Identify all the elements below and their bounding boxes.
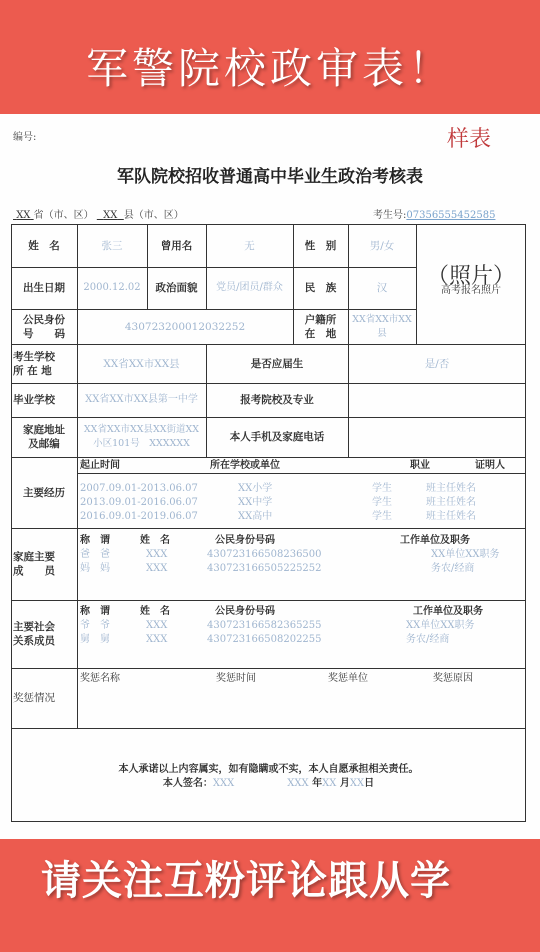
political-status-field[interactable]: 党员/团员/群众 — [206, 267, 293, 309]
name-field[interactable]: 张三 — [77, 224, 147, 267]
graduated-school-label: 毕业学校 — [11, 383, 77, 417]
experience-3-job: 学生 — [372, 510, 392, 523]
family-1-id: 430723166508236500 — [207, 548, 322, 561]
experience-3-period: 2016.09.01-2019.06.07 — [80, 510, 198, 523]
social-1-relation: 爷 爷 — [80, 619, 110, 632]
social-2-name: XXX — [146, 633, 167, 646]
day-value[interactable]: XX — [350, 778, 364, 789]
banner-title: 军警院校政审表！ — [0, 36, 540, 96]
county-value: XX — [103, 210, 117, 221]
experience-header-job: 职业 — [410, 459, 430, 472]
phone-label: 本人手机及家庭电话 — [206, 417, 348, 457]
former-name-field[interactable]: 无 — [206, 224, 293, 267]
gender-label: 性 别 — [293, 224, 348, 267]
awards-header-reason: 奖惩原因 — [433, 672, 473, 685]
family-members-label: 家庭主要 成 员 — [11, 528, 77, 600]
photo-box[interactable]: （照片） 高考报名照片 — [416, 224, 526, 344]
pledge-statement: 本人承诺以上内容属实，如有隐瞒或不实，本人自愿承担相关责任。 — [11, 760, 526, 775]
social-header-id: 公民身份号码 — [215, 605, 275, 618]
social-1-id: 430723166582365255 — [207, 619, 322, 632]
family-header-id: 公民身份号码 — [215, 534, 275, 547]
fresh-graduate-field[interactable]: 是/否 — [348, 344, 526, 383]
school-location-label: 考生学校 所 在 地 — [11, 344, 77, 383]
year-value[interactable]: XXX — [287, 778, 308, 789]
social-1-name: XXX — [146, 619, 167, 632]
hukou-label-line1: 户籍所 — [305, 313, 337, 327]
hukou-value-line1: XX省XX市XX — [352, 313, 412, 327]
birth-date-label: 出生日期 — [11, 267, 77, 309]
experience-1-unit: XX小学 — [238, 482, 272, 495]
school-location-field[interactable]: XX省XX市XX县 — [77, 344, 206, 383]
family-2-name: XXX — [146, 562, 167, 575]
school-location-label-line1: 考生学校 — [13, 350, 55, 364]
hukou-field[interactable]: XX省XX市XX 县 — [348, 309, 416, 344]
photo-title: （照片） — [427, 270, 515, 284]
hukou-label: 户籍所 在 地 — [293, 309, 348, 344]
awards-header-time: 奖惩时间 — [216, 672, 256, 685]
political-status-label: 政治面貌 — [147, 267, 206, 309]
sample-mark: 样表 — [447, 122, 491, 153]
family-1-name: XXX — [146, 548, 167, 561]
social-2-work: 务农/经商 — [406, 633, 449, 646]
id-number-field[interactable]: 430723200012032252 — [77, 309, 293, 344]
signature-label: 本人签名： — [163, 778, 213, 789]
ethnicity-label: 民 族 — [293, 267, 348, 309]
social-header-relation: 称 谓 — [80, 605, 110, 618]
signature-value[interactable]: XXX — [213, 778, 234, 789]
home-address-label-line2: 及邮编 — [28, 437, 60, 451]
follow-call-to-action: 请关注互粉评论跟从学 — [0, 849, 516, 906]
political-review-form: 编号: 样表 军队院校招收普通高中毕业生政治考核表 XX 省（市、区） XX 县… — [0, 114, 540, 839]
experience-1-witness: 班主任姓名 — [426, 482, 476, 495]
family-1-relation: 爸 爸 — [80, 548, 110, 561]
home-address-line2: 小区101号 XXXXXX — [93, 437, 190, 451]
school-location-label-line2: 所 在 地 — [13, 364, 52, 378]
province-label: 省（市、区） — [34, 210, 94, 221]
experience-1-period: 2007.09.01-2013.06.07 — [80, 482, 198, 495]
experience-header-period: 起止时间 — [80, 459, 120, 472]
home-address-label-line1: 家庭地址 — [23, 423, 65, 437]
family-2-relation: 妈 妈 — [80, 562, 110, 575]
family-2-id: 430723166505225252 — [207, 562, 322, 575]
ethnicity-field[interactable]: 汉 — [348, 267, 416, 309]
experience-label: 主要经历 — [11, 457, 77, 528]
province-value: XX — [16, 210, 30, 221]
family-1-work: XX单位XX职务 — [431, 548, 499, 561]
county-label: 县（市、区） — [124, 210, 184, 221]
name-label: 姓 名 — [11, 224, 77, 267]
experience-2-period: 2013.09.01-2016.06.07 — [80, 496, 198, 509]
social-header-name: 姓 名 — [140, 605, 170, 618]
form-title: 军队院校招收普通高中毕业生政治考核表 — [0, 162, 540, 187]
fresh-graduate-label: 是否应届生 — [206, 344, 348, 383]
id-label-line2: 号 码 — [23, 327, 65, 341]
home-address-label: 家庭地址 及邮编 — [11, 417, 77, 457]
experience-header-witness: 证明人 — [475, 459, 505, 472]
family-2-work: 务农/经商 — [431, 562, 474, 575]
month-label: 月 — [340, 778, 350, 789]
experience-3-unit: XX高中 — [238, 510, 272, 523]
top-banner: 军警院校政审表！ — [0, 0, 540, 114]
awards-label: 奖惩情况 — [11, 668, 77, 728]
serial-number-label: 编号: — [13, 128, 36, 143]
exam-number-value: 07356555452585 — [406, 210, 495, 221]
family-header-work: 工作单位及职务 — [400, 534, 470, 547]
birth-date-field[interactable]: 2000.12.02 — [77, 267, 147, 309]
experience-2-witness: 班主任姓名 — [426, 496, 476, 509]
hukou-value-line2: 县 — [377, 327, 387, 341]
experience-1-job: 学生 — [372, 482, 392, 495]
exam-number: 考生号:07356555452585 — [373, 206, 495, 221]
social-label-line1: 主要社会 — [13, 620, 55, 634]
month-value[interactable]: XX — [322, 778, 336, 789]
home-address-field[interactable]: XX省XX市XX县XX街道XX 小区101号 XXXXXX — [77, 417, 206, 457]
social-header-work: 工作单位及职务 — [413, 605, 483, 618]
apply-school-major-label: 报考院校及专业 — [206, 383, 348, 417]
awards-header-name: 奖惩名称 — [80, 672, 120, 685]
family-label-line1: 家庭主要 — [13, 550, 55, 564]
hukou-label-line2: 在 地 — [305, 327, 337, 341]
social-label-line2: 关系成员 — [13, 634, 55, 648]
experience-2-job: 学生 — [372, 496, 392, 509]
family-label-line2: 成 员 — [13, 564, 55, 578]
graduated-school-field[interactable]: XX省XX市XX县第一中学 — [77, 383, 206, 417]
experience-3-witness: 班主任姓名 — [426, 510, 476, 523]
bottom-banner: 请关注互粉评论跟从学 — [0, 839, 540, 952]
social-relations-label: 主要社会 关系成员 — [11, 600, 77, 668]
photo-subtitle: 高考报名照片 — [441, 284, 501, 298]
family-header-relation: 称 谓 — [80, 534, 110, 547]
social-2-id: 430723166508202255 — [207, 633, 322, 646]
id-label-line1: 公民身份 — [23, 313, 65, 327]
day-label: 日 — [364, 778, 374, 789]
awards-header-unit: 奖惩单位 — [328, 672, 368, 685]
signature-line: 本人签名：XXX XXX 年XX 月XX日 — [11, 774, 526, 789]
id-number-label: 公民身份 号 码 — [11, 309, 77, 344]
gender-field[interactable]: 男/女 — [348, 224, 416, 267]
apply-school-major-field[interactable] — [348, 383, 526, 417]
phone-field[interactable] — [348, 417, 526, 457]
year-label: 年 — [312, 778, 322, 789]
region-line: XX 省（市、区） XX 县（市、区） — [13, 206, 184, 221]
family-header-name: 姓 名 — [140, 534, 170, 547]
home-address-line1: XX省XX市XX县XX街道XX — [84, 423, 199, 437]
exam-number-label: 考生号: — [373, 210, 406, 221]
social-2-relation: 舅 舅 — [80, 633, 110, 646]
experience-header-unit: 所在学校或单位 — [210, 459, 280, 472]
experience-2-unit: XX中学 — [238, 496, 272, 509]
former-name-label: 曾用名 — [147, 224, 206, 267]
social-1-work: XX单位XX职务 — [406, 619, 474, 632]
